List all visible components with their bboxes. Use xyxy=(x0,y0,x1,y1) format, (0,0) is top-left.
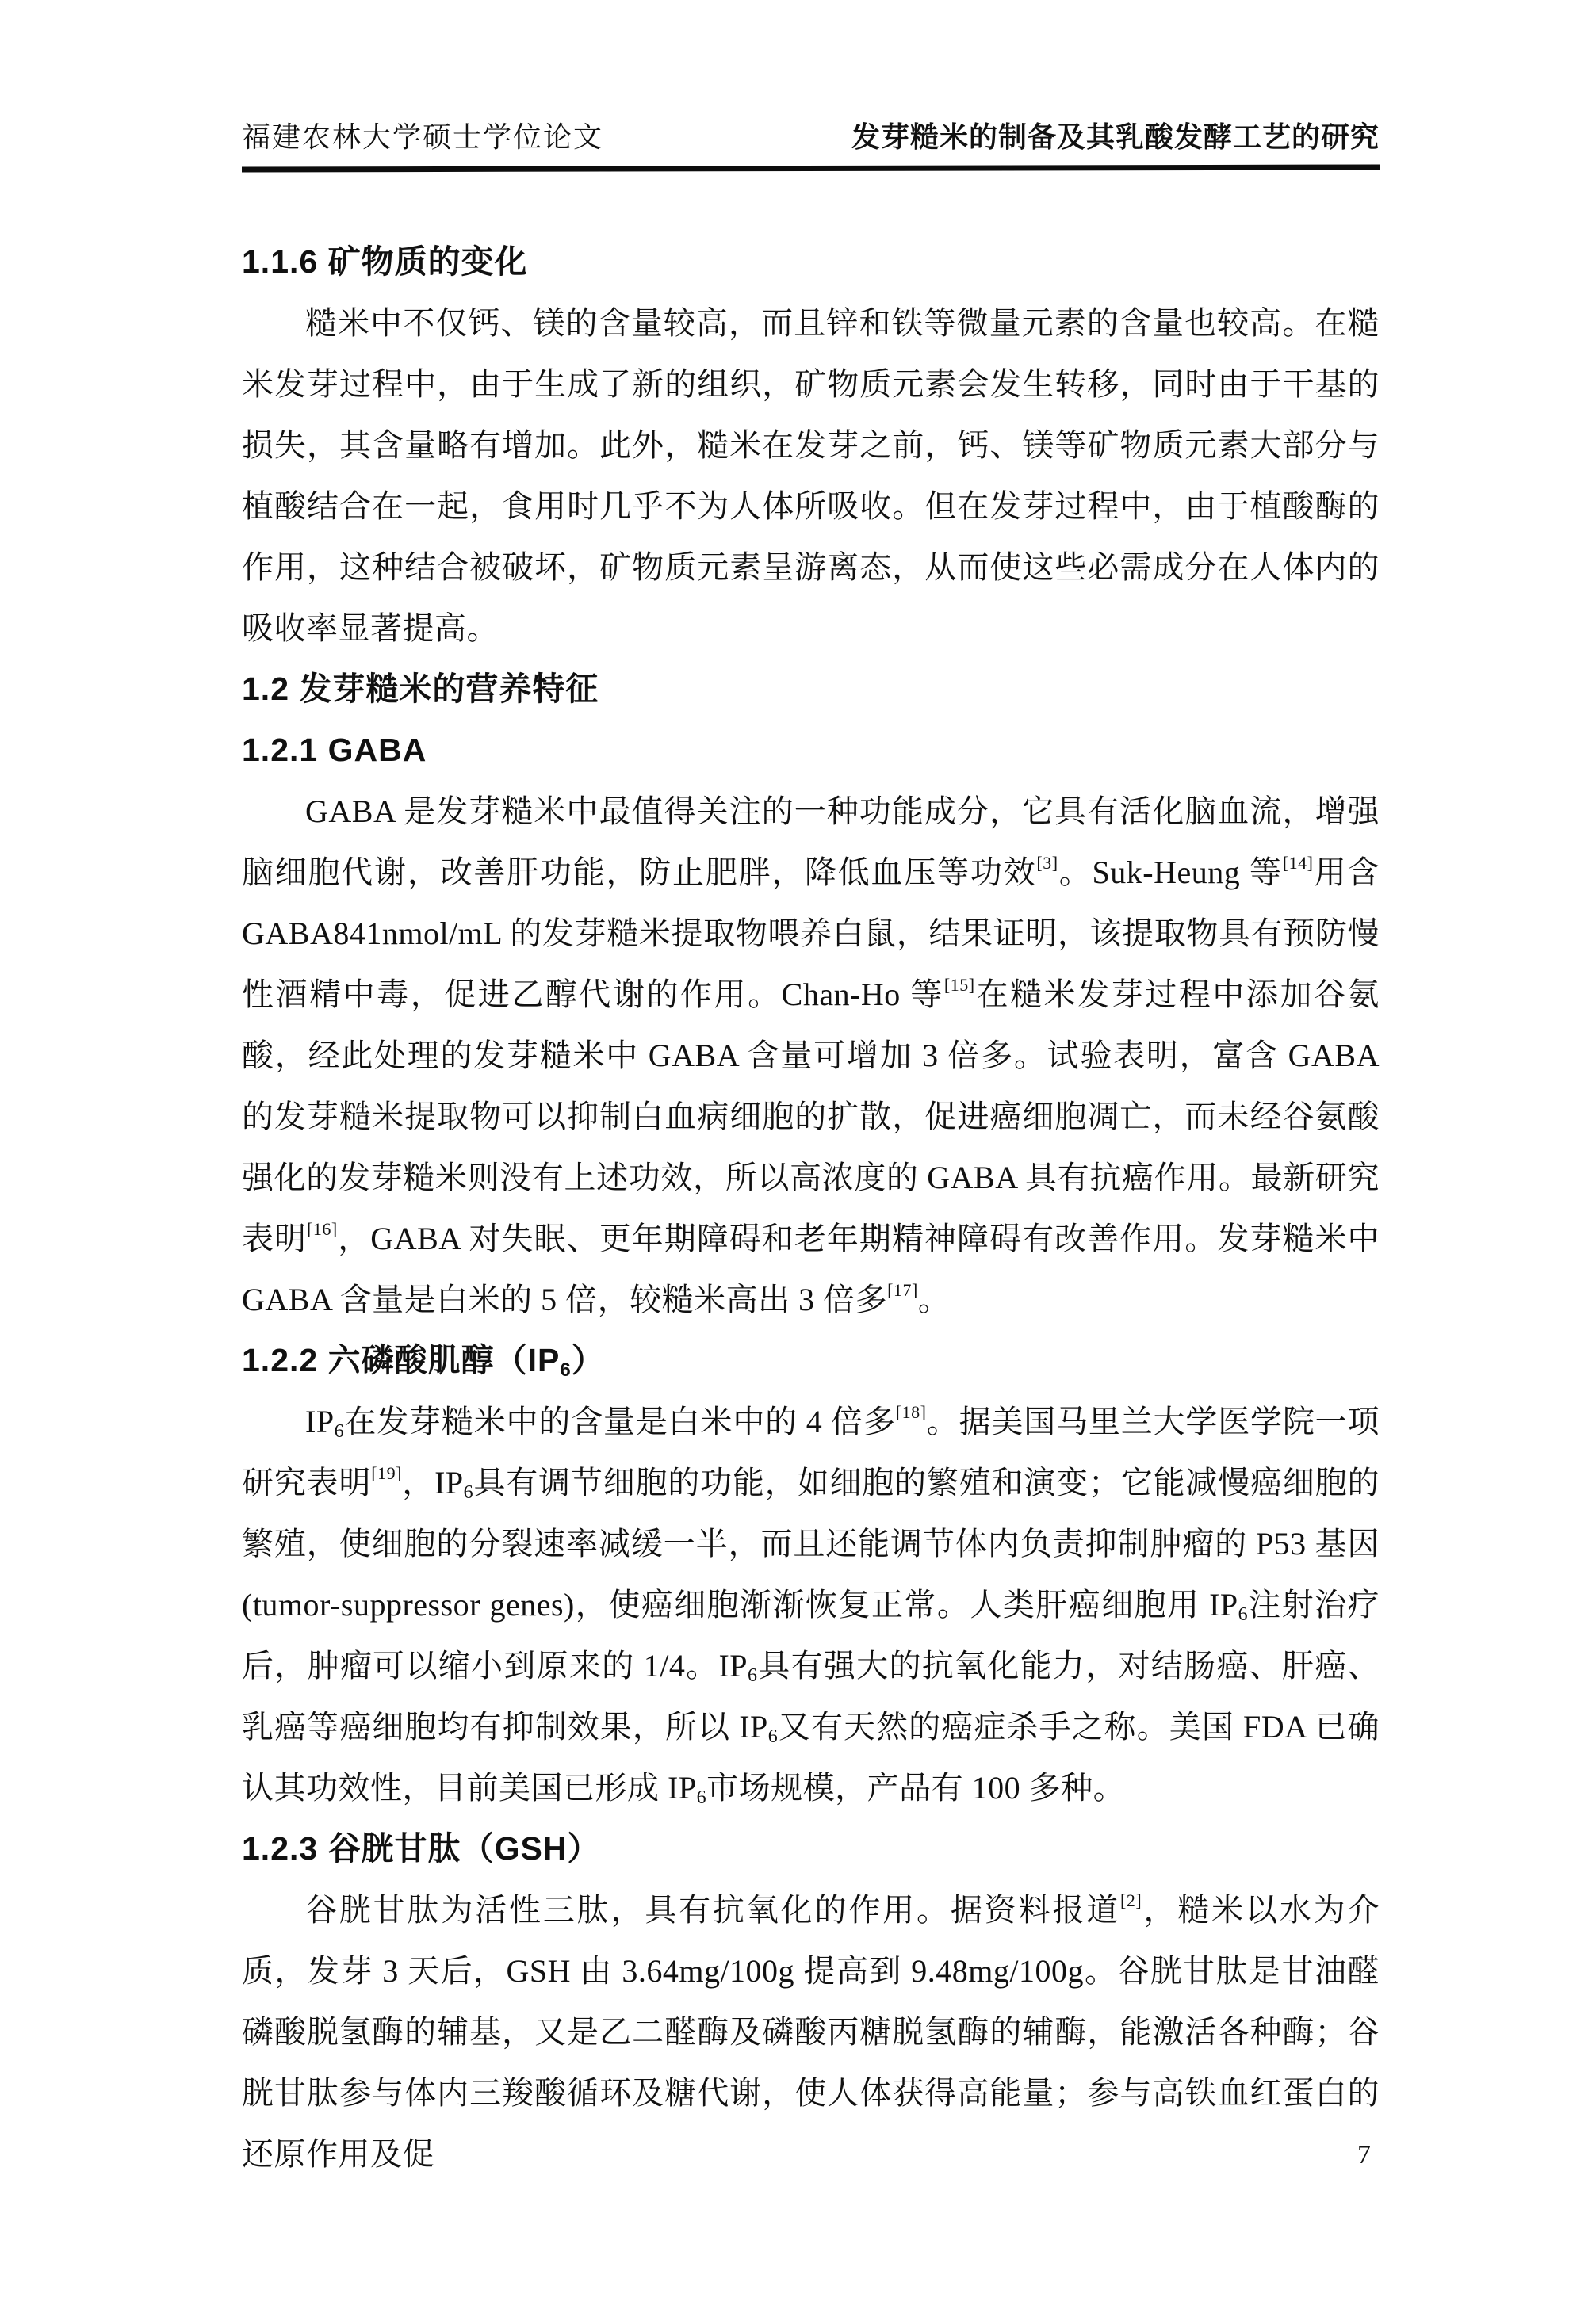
page-header: 福建农林大学硕士学位论文 发芽糙米的制备及其乳酸发酵工艺的研究 xyxy=(242,119,1380,155)
subscript: 6 xyxy=(464,1482,474,1503)
section-1-2-1: 1.2.1 GABA GABA 是发芽糙米中最值得关注的一种功能成分，它具有活化… xyxy=(242,720,1380,1330)
subscript: 6 xyxy=(697,1787,707,1808)
thesis-page: 福建农林大学硕士学位论文 发芽糙米的制备及其乳酸发酵工艺的研究 1.1.6 矿物… xyxy=(0,0,1592,2324)
citation-ref: [16] xyxy=(307,1219,338,1239)
section-heading-1-2: 1.2 发芽糙米的营养特征 xyxy=(242,659,1380,720)
section-1-2-2: 1.2.2 六磷酸肌醇（IP6） IP6在发芽糙米中的含量是白米中的 4 倍多[… xyxy=(242,1330,1380,1818)
citation-ref: [18] xyxy=(896,1402,927,1422)
header-right-title: 发芽糙米的制备及其乳酸发酵工艺的研究 xyxy=(851,119,1380,155)
section-heading-1-2-3: 1.2.3 谷胱甘肽（GSH） xyxy=(242,1818,1380,1879)
citation-ref: [15] xyxy=(944,975,975,995)
citation-ref: [14] xyxy=(1283,853,1314,873)
body-paragraph: GABA 是发芽糙米中最值得关注的一种功能成分，它具有活化脑血流，增强脑细胞代谢… xyxy=(242,781,1380,1330)
subscript: 6 xyxy=(768,1726,779,1747)
page-body: 1.1.6 矿物质的变化 糙米中不仅钙、镁的含量较高，而且锌和铁等微量元素的含量… xyxy=(242,231,1380,2184)
page-number: 7 xyxy=(1357,2140,1371,2170)
citation-ref: [19] xyxy=(371,1463,402,1483)
subscript: 6 xyxy=(335,1421,345,1442)
citation-ref: [3] xyxy=(1036,853,1058,873)
section-heading-1-1-6: 1.1.6 矿物质的变化 xyxy=(242,231,1380,292)
subscript: 6 xyxy=(1238,1604,1249,1625)
section-1-1-6: 1.1.6 矿物质的变化 糙米中不仅钙、镁的含量较高，而且锌和铁等微量元素的含量… xyxy=(242,231,1380,659)
subscript: 6 xyxy=(560,1359,571,1381)
section-heading-1-2-2: 1.2.2 六磷酸肌醇（IP6） xyxy=(242,1330,1380,1391)
header-rule xyxy=(242,164,1380,172)
header-left-title: 福建农林大学硕士学位论文 xyxy=(242,119,603,155)
section-1-2-3: 1.2.3 谷胱甘肽（GSH） 谷胱甘肽为活性三肽，具有抗氧化的作用。据资料报道… xyxy=(242,1818,1380,2184)
body-paragraph: 糙米中不仅钙、镁的含量较高，而且锌和铁等微量元素的含量也较高。在糙米发芽过程中，… xyxy=(242,292,1380,659)
citation-ref: [17] xyxy=(887,1280,918,1300)
section-heading-1-2-1: 1.2.1 GABA xyxy=(242,720,1380,781)
citation-ref: [2] xyxy=(1120,1890,1142,1910)
section-1-2: 1.2 发芽糙米的营养特征 xyxy=(242,659,1380,720)
body-paragraph: 谷胱甘肽为活性三肽，具有抗氧化的作用。据资料报道[2]，糙米以水为介质，发芽 3… xyxy=(242,1879,1380,2184)
subscript: 6 xyxy=(748,1665,758,1686)
body-paragraph: IP6在发芽糙米中的含量是白米中的 4 倍多[18]。据美国马里兰大学医学院一项… xyxy=(242,1391,1380,1818)
